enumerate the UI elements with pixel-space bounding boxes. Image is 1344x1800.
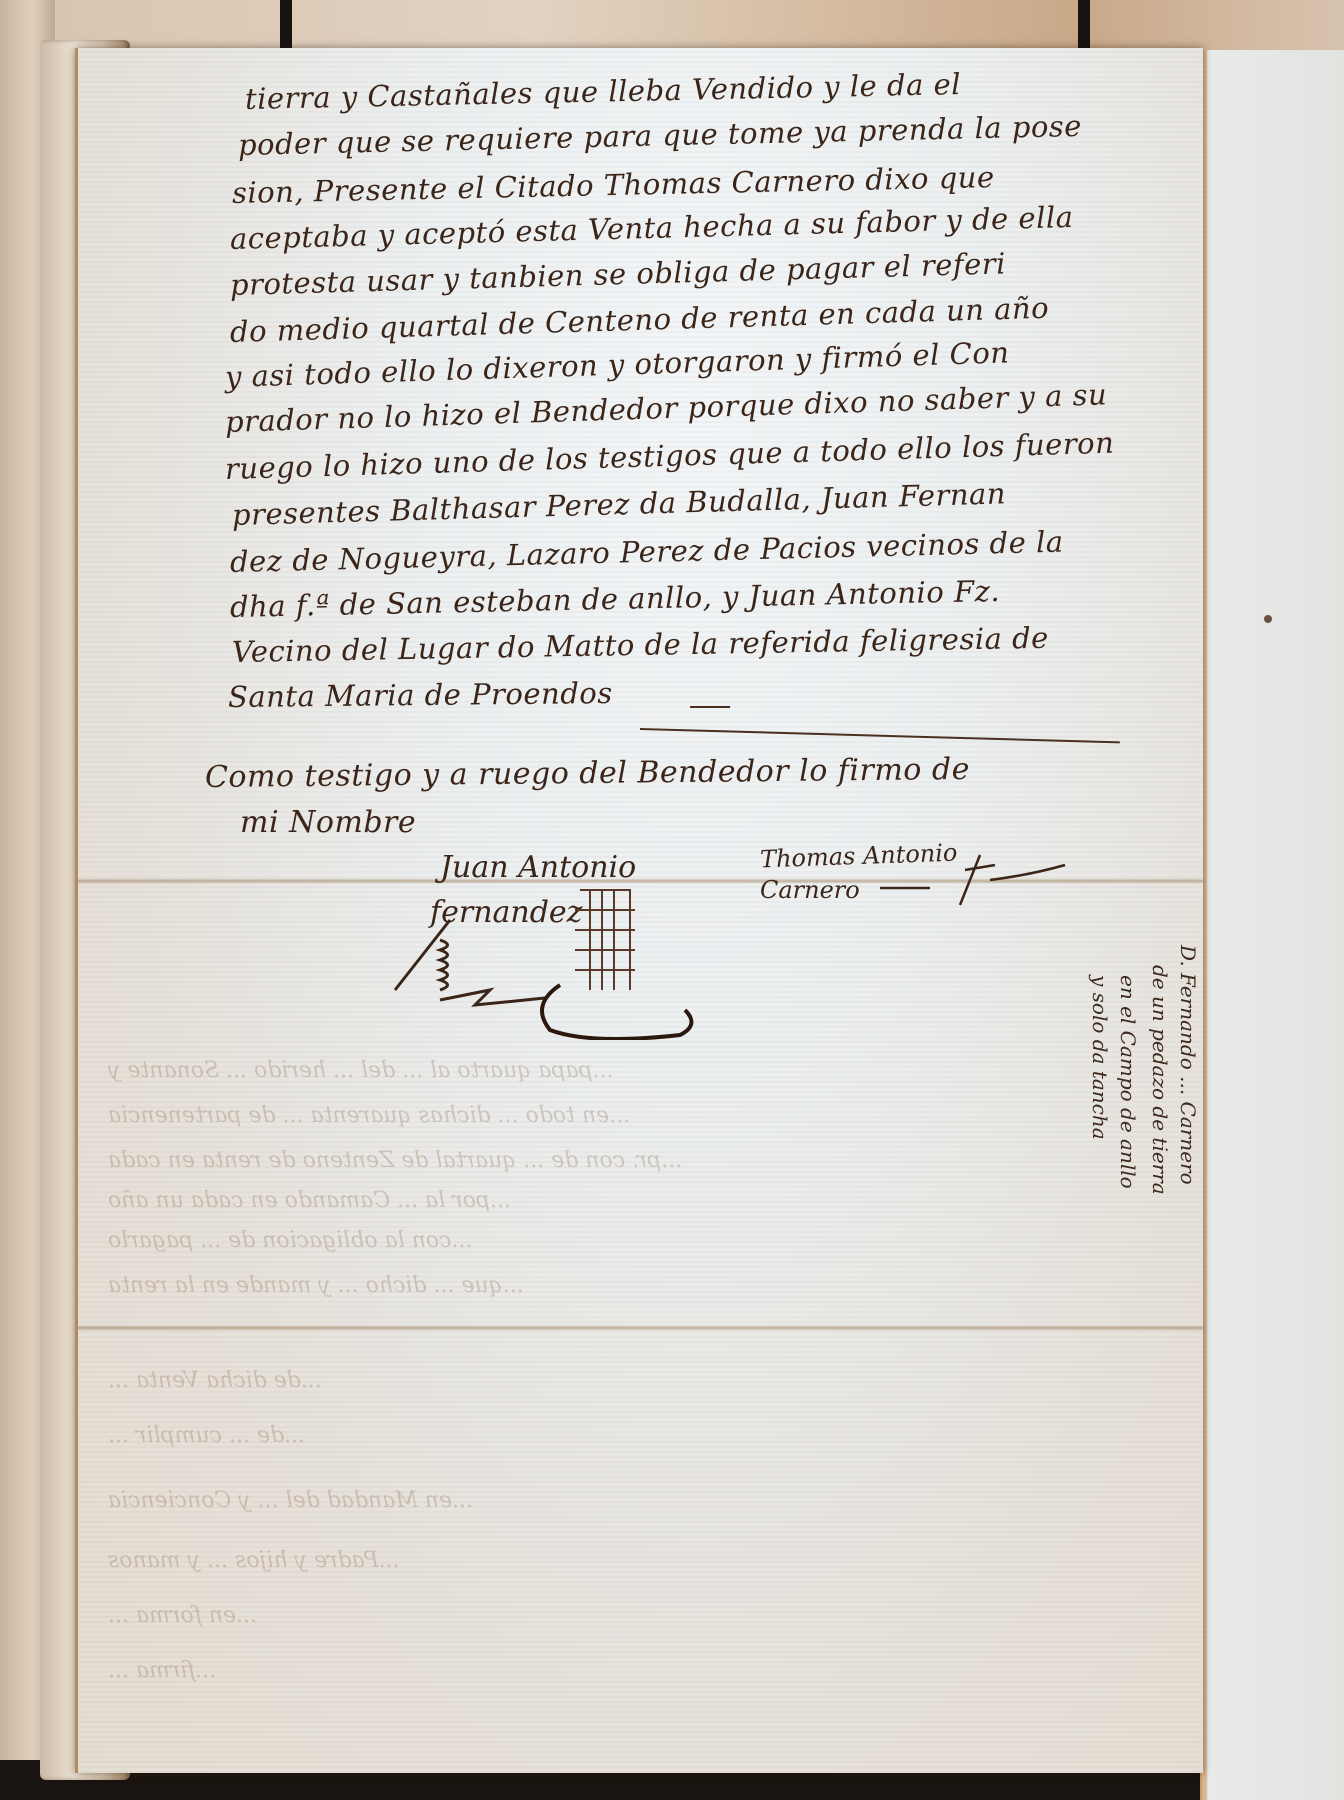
bleed-line: ...papa quarto al ... del ... herido ...…: [108, 1058, 614, 1083]
margin-note-line: y solo da tancha: [1088, 975, 1112, 1140]
margin-note-line: D. Fernando ... Carnero: [1176, 945, 1200, 1185]
ink-spot: [1264, 615, 1272, 623]
bleed-line: ...por la ... Camando en cada un año: [108, 1188, 511, 1213]
slat-gap: [1078, 0, 1090, 55]
bleed-line: ...de dicha Venta ...: [108, 1368, 322, 1393]
bleed-line: ...Padre y hijos ... y manos: [108, 1548, 400, 1573]
signature-line: Carnero: [760, 876, 860, 904]
bleed-line: ...en Mandad del ... y Conciencia: [108, 1488, 473, 1513]
bleed-line: ...en todo ... dichas quarenta ... de pa…: [108, 1103, 630, 1128]
closing-line: mi Nombre: [240, 805, 416, 840]
bleed-line: ...de ... cumplir ...: [108, 1423, 305, 1448]
text-line: Santa Maria de Proendos: [228, 676, 613, 714]
margin-note-line: en el Campo de anllo: [1116, 975, 1140, 1189]
bleed-line: ...pr. con de ... quartal de Zenteno de …: [108, 1148, 682, 1173]
bleed-line: ...con la obligacion de ... pagarlo: [108, 1228, 472, 1253]
margin-note-line: de un pedazo de tierra: [1148, 965, 1172, 1195]
fold-crease: [78, 1325, 1203, 1331]
signature-rubric: [380, 880, 720, 1040]
bleed-line: ...que ... dicho ... y mande en la renta: [108, 1273, 524, 1298]
adjacent-page: [1200, 50, 1344, 1800]
signature-rubric: [870, 850, 1070, 910]
rubric-mark: [690, 706, 730, 708]
bleed-line: ...firma ...: [108, 1658, 216, 1683]
slat-gap: [280, 0, 292, 55]
bleed-line: ...en forma ...: [108, 1603, 257, 1628]
